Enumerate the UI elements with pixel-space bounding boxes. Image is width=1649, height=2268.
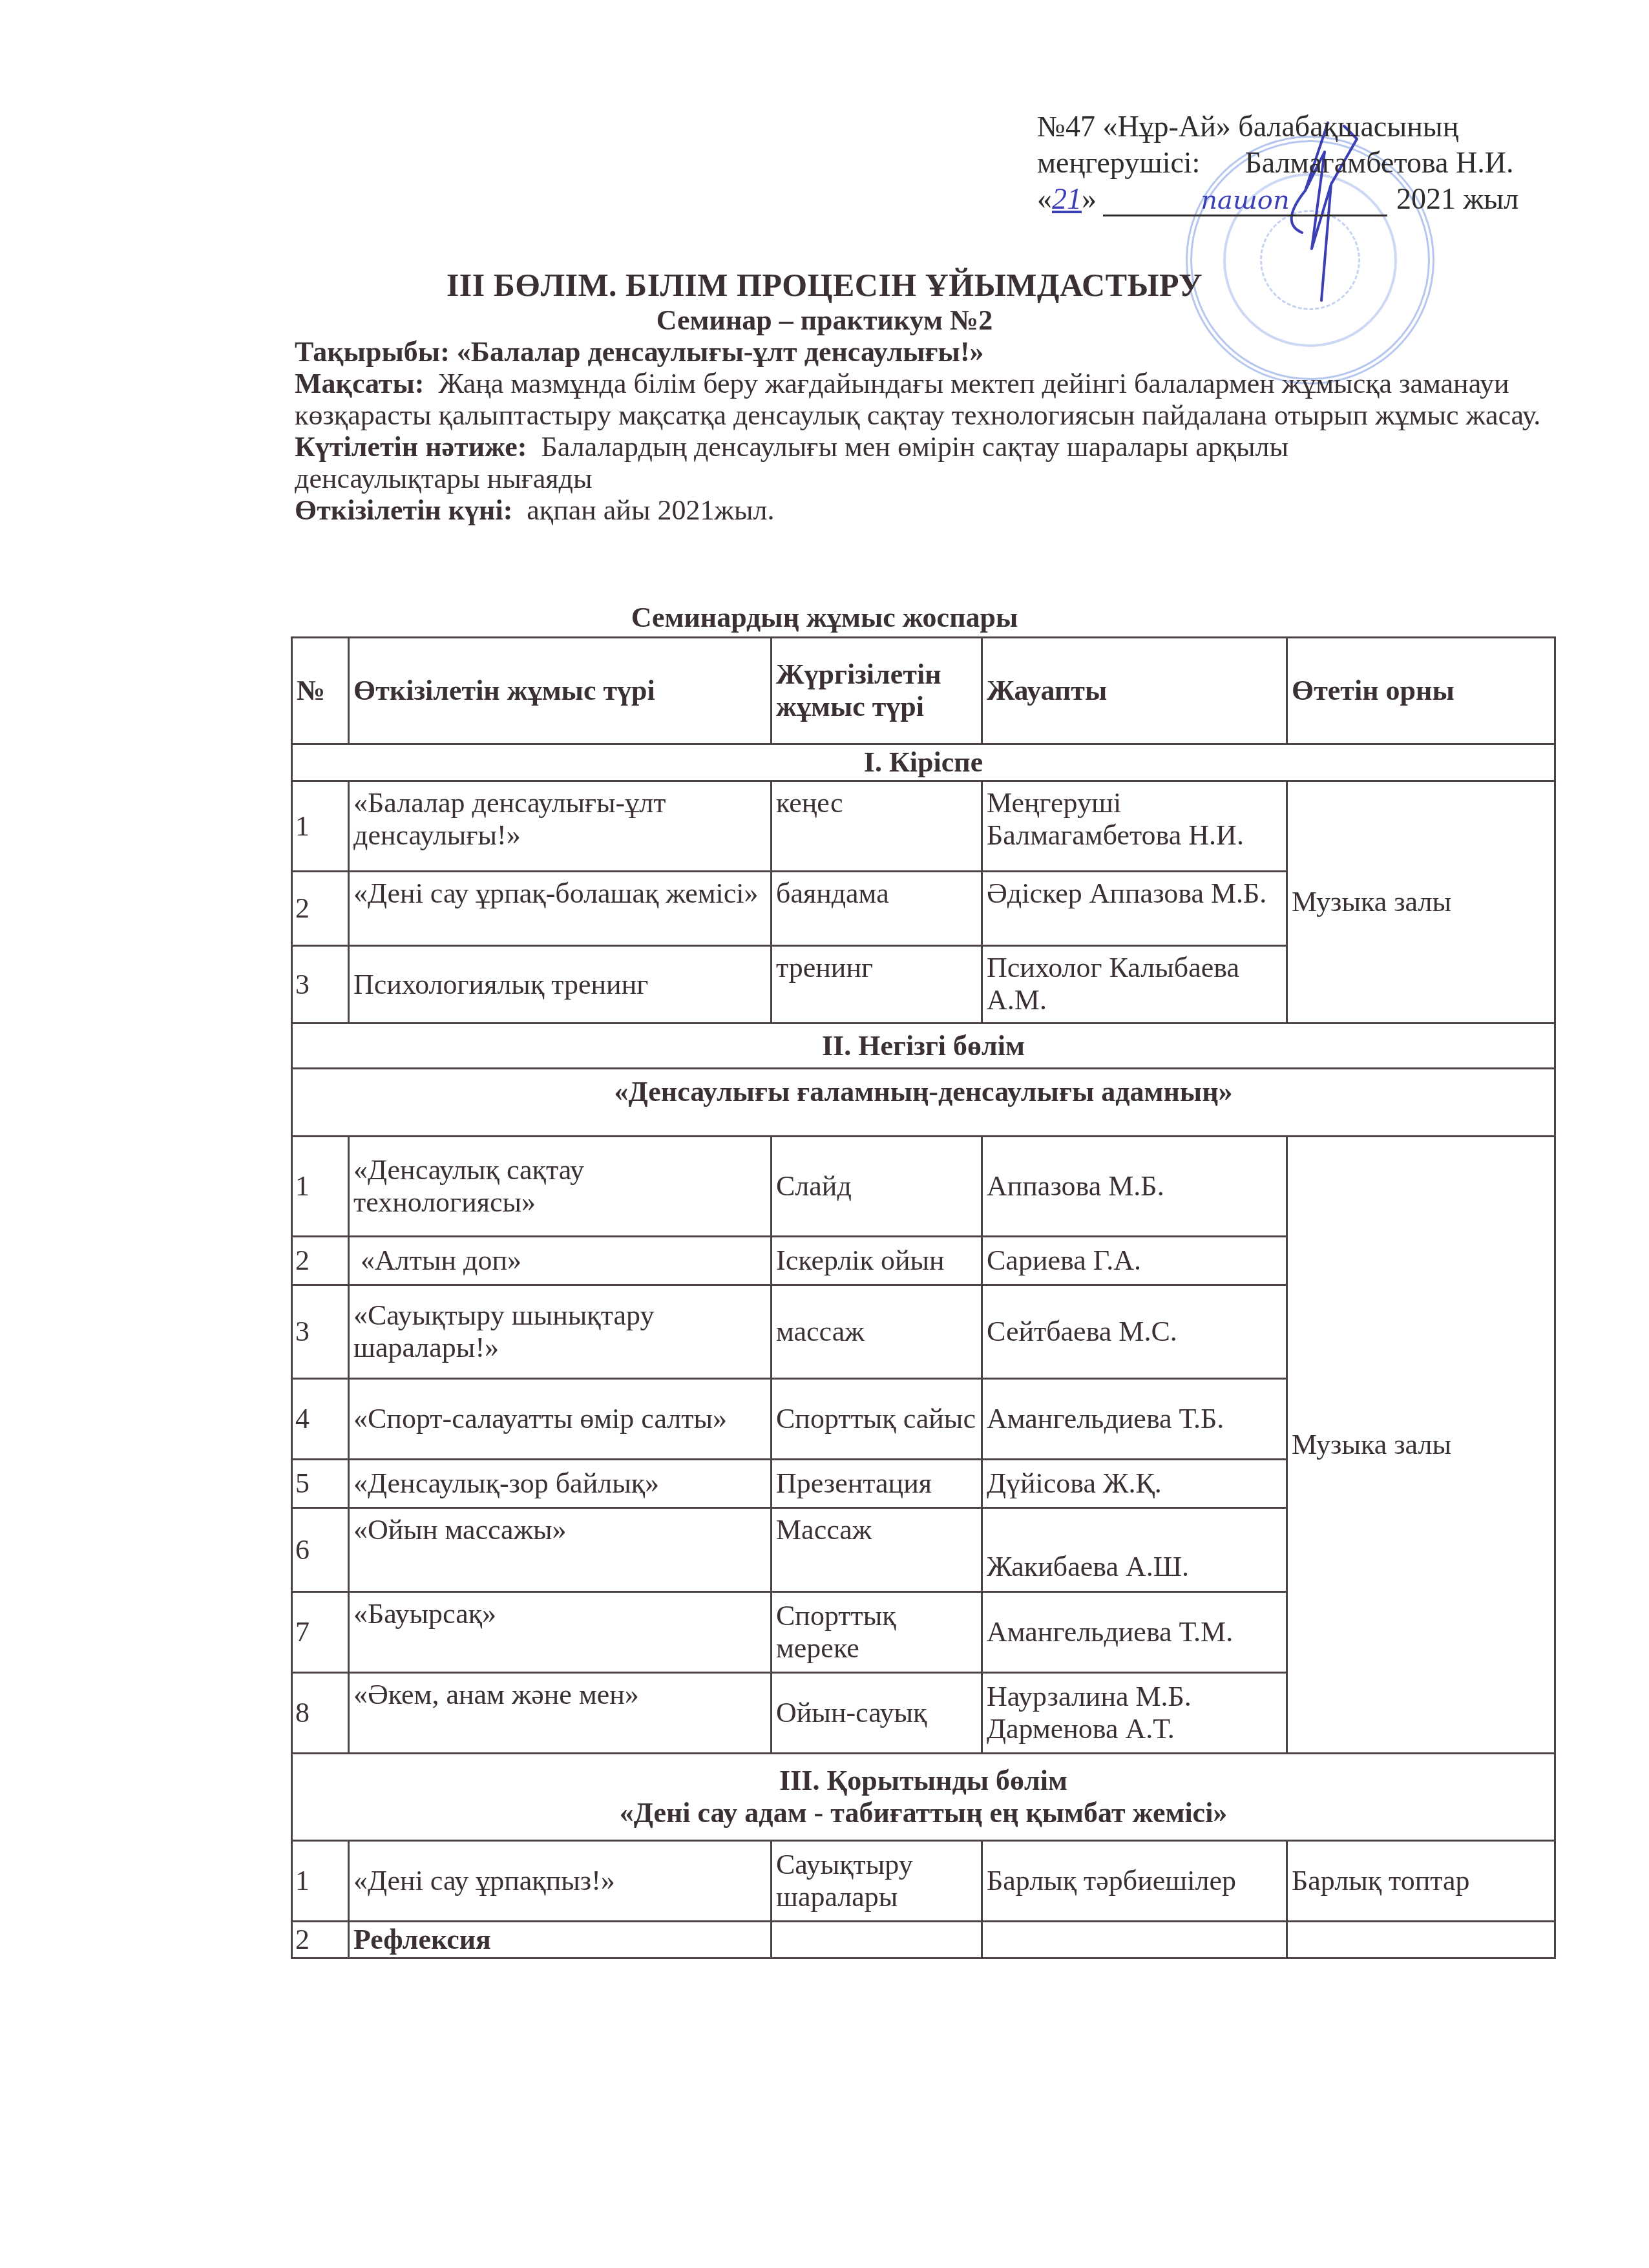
section-1-title: I. Кіріспе	[292, 744, 1555, 781]
cell-type: Спорттық сайыс	[772, 1379, 982, 1460]
header-location: Өтетін орны	[1287, 638, 1555, 744]
cell-location	[1287, 1922, 1555, 1958]
cell-activity: «Спорт-салауатты өмір салты»	[349, 1379, 772, 1460]
page-subtitle: Семинар – практикум №2	[0, 304, 1649, 337]
cell-num: 3	[292, 1285, 349, 1379]
cell-num: 1	[292, 781, 349, 872]
cell-activity: «Әкем, анам және мен»	[349, 1673, 772, 1754]
cell-activity: «Денсаулық-зор байлық»	[349, 1460, 772, 1508]
cell-num: 3	[292, 946, 349, 1024]
section-row: I. Кіріспе	[292, 744, 1555, 781]
cell-responsible: Дүйісова Ж.Қ.	[982, 1460, 1287, 1508]
approval-block: №47 «Нұр-Ай» балабақшасының меңгерушісі:…	[1037, 109, 1518, 217]
cell-location: Музыка залы	[1287, 1137, 1555, 1754]
cell-activity: «Бауырсақ»	[349, 1592, 772, 1673]
topic-line: Тақырыбы: «Балалар денсаулығы-ұлт денсау…	[295, 336, 1561, 368]
cell-type: Слайд	[772, 1137, 982, 1237]
plan-title: Семинардың жұмыс жоспары	[0, 601, 1649, 634]
cell-responsible: Амангельдиева Т.Б.	[982, 1379, 1287, 1460]
section-row: III. Қорытынды бөлім «Дені сау адам - та…	[292, 1754, 1555, 1841]
cell-responsible: Сейтбаева М.С.	[982, 1285, 1287, 1379]
cell-num: 2	[292, 872, 349, 946]
section-2-title: II. Негізгі бөлім	[292, 1024, 1555, 1069]
approval-year: 2021 жыл	[1396, 181, 1518, 217]
cell-responsible: Барлық тәрбиешілер	[982, 1841, 1287, 1922]
cell-type: Іскерлік ойын	[772, 1237, 982, 1285]
topic-value: «Балалар денсаулығы-ұлт денсаулығы!»	[457, 336, 984, 368]
cell-num: 4	[292, 1379, 349, 1460]
cell-activity: «Дені сау ұрпақ-болашақ жемісі»	[349, 872, 772, 946]
section-row: II. Негізгі бөлім	[292, 1024, 1555, 1069]
table-row: 1 «Дені сау ұрпақпыз!» Сауықтыру шаралар…	[292, 1841, 1555, 1922]
approval-day: 21	[1052, 181, 1082, 217]
cell-responsible: Әдіскер Аппазова М.Б.	[982, 872, 1287, 946]
goal-label: Мақсаты:	[295, 368, 424, 399]
cell-responsible: Сариева Г.А.	[982, 1237, 1287, 1285]
cell-type: Сауықтыру шаралары	[772, 1841, 982, 1922]
section-3-title: III. Қорытынды бөлім	[297, 1765, 1550, 1797]
header-responsible: Жауапты	[982, 638, 1287, 744]
table-header-row: № Өткізілетін жұмыс түрі Жүргізілетін жұ…	[292, 638, 1555, 744]
header-num: №	[292, 638, 349, 744]
plan-table: № Өткізілетін жұмыс түрі Жүргізілетін жұ…	[291, 636, 1556, 1959]
cell-type: Массаж	[772, 1508, 982, 1592]
cell-responsible: Жакибаева А.Ш.	[982, 1508, 1287, 1592]
cell-responsible	[982, 1922, 1287, 1958]
section-subtitle-row: «Денсаулығы ғаламның-денсаулығы адамның»	[292, 1069, 1555, 1137]
cell-num: 2	[292, 1922, 349, 1958]
approval-org: №47 «Нұр-Ай» балабақшасының	[1037, 109, 1518, 145]
table-row: 1 «Денсаулық сақтау технологиясы» Слайд …	[292, 1137, 1555, 1237]
header-activity: Өткізілетін жұмыс түрі	[349, 638, 772, 744]
cell-num: 5	[292, 1460, 349, 1508]
approval-head: меңгерушісі: Балмагамбетова Н.И.	[1037, 145, 1518, 181]
date-quote-open: «	[1037, 181, 1052, 217]
cell-activity: «Ойын массажы»	[349, 1508, 772, 1592]
goal-value: Жаңа мазмұнда білім беру жағдайындағы ме…	[295, 368, 1540, 431]
cell-responsible: Психолог Калыбаева А.М.	[982, 946, 1287, 1024]
seminar-info: Тақырыбы: «Балалар денсаулығы-ұлт денсау…	[295, 336, 1561, 526]
result-line: Күтілетін нәтиже: Балалардың денсаулығы …	[295, 431, 1303, 494]
cell-type: Ойын-сауық	[772, 1673, 982, 1754]
cell-location: Барлық топтар	[1287, 1841, 1555, 1922]
table-row: 1 «Балалар денсаулығы-ұлт денсаулығы!» к…	[292, 781, 1555, 872]
cell-num: 1	[292, 1841, 349, 1922]
cell-responsible: Амангельдиева Т.М.	[982, 1592, 1287, 1673]
cell-location: Музыка залы	[1287, 781, 1555, 1024]
cell-activity: Психологиялық тренинг	[349, 946, 772, 1024]
cell-responsible: Наурзалина М.Б. Дарменова А.Т.	[982, 1673, 1287, 1754]
date-value: ақпан айы 2021жыл.	[527, 494, 774, 526]
cell-type: тренинг	[772, 946, 982, 1024]
result-label: Күтілетін нәтиже:	[295, 431, 527, 463]
cell-type: Спорттық мереке	[772, 1592, 982, 1673]
cell-num: 6	[292, 1508, 349, 1592]
cell-activity: «Сауықтыру шынықтару шаралары!»	[349, 1285, 772, 1379]
table-row: 2 Рефлексия	[292, 1922, 1555, 1958]
section-2-subtitle: «Денсаулығы ғаламның-денсаулығы адамның»	[292, 1069, 1555, 1137]
cell-activity: «Алтын доп»	[349, 1237, 772, 1285]
header-type: Жүргізілетін жұмыс түрі	[772, 638, 982, 744]
cell-num: 1	[292, 1137, 349, 1237]
cell-responsible: Меңгеруші Балмагамбетова Н.И.	[982, 781, 1287, 872]
cell-activity: «Дені сау ұрпақпыз!»	[349, 1841, 772, 1922]
section-3-subtitle: «Дені сау адам - табиғаттың ең қымбат же…	[297, 1797, 1550, 1829]
cell-type: кеңес	[772, 781, 982, 872]
section-3-header: III. Қорытынды бөлім «Дені сау адам - та…	[292, 1754, 1555, 1841]
approval-date: «21» пашоп 2021 жыл	[1037, 181, 1518, 217]
cell-type	[772, 1922, 982, 1958]
cell-type: Презентация	[772, 1460, 982, 1508]
cell-activity: «Балалар денсаулығы-ұлт денсаулығы!»	[349, 781, 772, 872]
topic-label: Тақырыбы:	[295, 336, 450, 368]
cell-num: 7	[292, 1592, 349, 1673]
page-title: III БӨЛІМ. БІЛІМ ПРОЦЕСІН ҰЙЫМДАСТЫРУ	[0, 266, 1649, 304]
approval-head-label: меңгерушісі:	[1037, 146, 1200, 179]
cell-activity: «Денсаулық сақтау технологиясы»	[349, 1137, 772, 1237]
goal-line: Мақсаты: Жаңа мазмұнда білім беру жағдай…	[295, 368, 1561, 431]
cell-type: массаж	[772, 1285, 982, 1379]
date-label: Өткізілетін күні:	[295, 494, 512, 526]
cell-num: 8	[292, 1673, 349, 1754]
cell-responsible: Аппазова М.Б.	[982, 1137, 1287, 1237]
date-quote-close: »	[1082, 181, 1097, 217]
approval-head-name: Балмагамбетова Н.И.	[1245, 146, 1513, 179]
cell-activity: Рефлексия	[349, 1922, 772, 1958]
date-line: Өткізілетін күні: ақпан айы 2021жыл.	[295, 494, 1561, 526]
cell-type: баяндама	[772, 872, 982, 946]
cell-num: 2	[292, 1237, 349, 1285]
approval-month-handwritten: пашоп	[1103, 186, 1387, 216]
